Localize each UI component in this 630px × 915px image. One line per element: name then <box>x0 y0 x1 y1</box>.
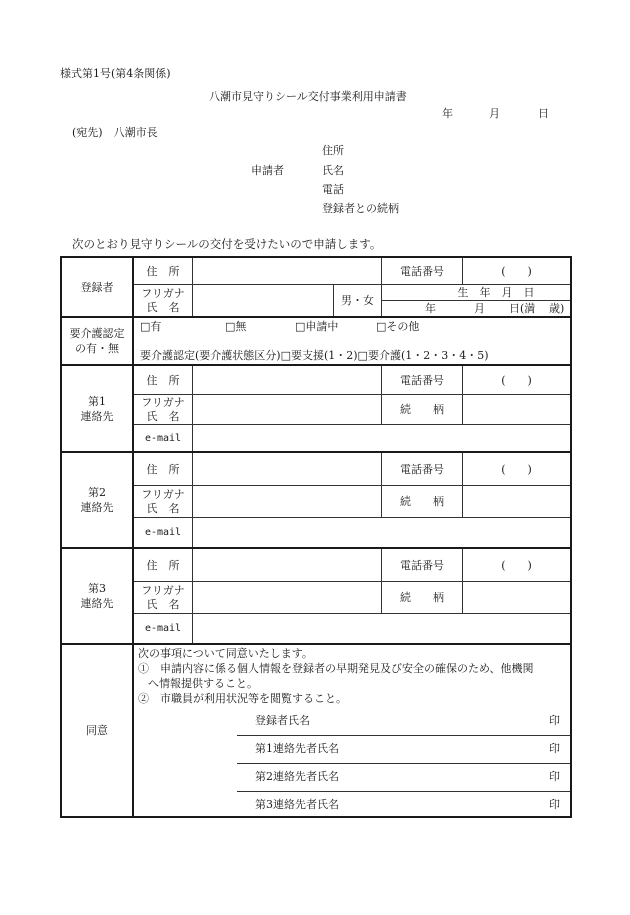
birth-date-label: 生 年 月 日 <box>382 285 570 300</box>
furigana-label: フリガナ <box>141 396 184 410</box>
registrant-name-labels: フリガナ 氏 名 <box>134 285 192 316</box>
contact1-relation-field[interactable] <box>463 395 570 424</box>
care-option-other[interactable]: □その他 <box>376 319 419 334</box>
date-month: 月 <box>489 107 500 121</box>
contact1-name-labels: フリガナ 氏 名 <box>134 395 192 424</box>
divider <box>62 316 570 318</box>
date-year: 年 <box>442 107 453 121</box>
contact3-label-line2: 連絡先 <box>81 596 114 611</box>
signature-line[interactable] <box>237 791 570 792</box>
contact2-address-label: 住 所 <box>134 453 192 485</box>
contact1-email-label: e-mail <box>134 425 192 451</box>
contact1-relation-label: 続 柄 <box>382 395 462 424</box>
registrant-address-label: 住 所 <box>134 258 192 284</box>
contact2-relation-label: 続 柄 <box>382 486 462 517</box>
contact1-label-line1: 第1 <box>88 394 106 409</box>
registrant-name-field[interactable] <box>193 285 333 316</box>
applicant-relation-label: 登録者との続柄 <box>322 202 399 216</box>
contact2-name-labels: フリガナ 氏 名 <box>134 486 192 517</box>
contact3-relation-field[interactable] <box>463 582 570 613</box>
seal-mark: 印 <box>549 769 560 784</box>
contact3-email-label: e-mail <box>134 614 192 643</box>
contact1-address-field[interactable] <box>193 366 381 394</box>
name-label: 氏 名 <box>147 502 180 516</box>
contact3-section-label: 第3 連絡先 <box>62 549 132 643</box>
contact1-email-field[interactable] <box>193 425 570 451</box>
care-level-detail[interactable]: 要介護認定(要介護状態区分)□要支援(1・2)□要介護(1・2・3・4・5) <box>140 348 489 363</box>
seal-mark: 印 <box>549 713 560 728</box>
consent-item-1-cont: へ情報提供すること。 <box>148 676 258 691</box>
contact3-label-line1: 第3 <box>88 581 106 596</box>
contact2-address-field[interactable] <box>193 453 381 485</box>
document-title: 八潮市見守りシール交付事業利用申請書 <box>209 90 407 104</box>
consent-intro: 次の事項について同意いたします。 <box>138 646 313 661</box>
birth-month[interactable]: 月 <box>474 301 485 316</box>
intro-text: 次のとおり見守りシールの交付を受けたいので申請します。 <box>72 237 381 251</box>
contact3-phone-label: 電話番号 <box>382 549 462 581</box>
addressee: (宛先) 八潮市長 <box>72 126 158 140</box>
applicant-name-label: 氏名 <box>322 164 344 178</box>
care-label-line1: 要介護認定 <box>70 326 125 341</box>
care-label-line2: の有・無 <box>75 341 119 356</box>
age-suffix: 歳) <box>549 301 564 316</box>
registrant-phone-label: 電話番号 <box>382 258 462 284</box>
contact3-name-labels: フリガナ 氏 名 <box>134 582 192 613</box>
consent-section-label: 同意 <box>62 645 132 816</box>
application-table: 登録者 住 所 電話番号 ( ) フリガナ 氏 名 男・女 生 年 月 日 年 … <box>60 256 572 818</box>
contact2-label-line1: 第2 <box>88 485 106 500</box>
signature-line[interactable] <box>237 763 570 764</box>
signature-registrant-label: 登録者氏名 <box>255 713 310 728</box>
contact1-section-label: 第1 連絡先 <box>62 366 132 451</box>
seal-mark: 印 <box>549 797 560 812</box>
birth-day-age[interactable]: 日(満 <box>509 301 535 316</box>
date-day: 日 <box>538 107 549 121</box>
form-number: 様式第1号(第4条関係) <box>60 67 171 81</box>
name-label: 氏 名 <box>147 301 180 315</box>
contact3-name-field[interactable] <box>193 582 381 613</box>
birth-year[interactable]: 年 <box>425 301 436 316</box>
contact1-address-label: 住 所 <box>134 366 192 394</box>
contact2-phone-field[interactable]: ( ) <box>463 453 570 485</box>
contact1-name-field[interactable] <box>193 395 381 424</box>
contact2-phone-label: 電話番号 <box>382 453 462 485</box>
furigana-label: フリガナ <box>141 488 184 502</box>
applicant-address-label: 住所 <box>322 144 344 158</box>
signature-contact3-label: 第3連絡先者氏名 <box>255 797 339 812</box>
care-option-yes[interactable]: □有 <box>140 319 161 334</box>
name-label: 氏 名 <box>147 410 180 424</box>
contact3-phone-field[interactable]: ( ) <box>463 549 570 581</box>
care-option-no[interactable]: □無 <box>225 319 246 334</box>
contact2-section-label: 第2 連絡先 <box>62 453 132 547</box>
contact3-address-field[interactable] <box>193 549 381 581</box>
care-option-pending[interactable]: □申請中 <box>295 319 338 334</box>
contact1-phone-label: 電話番号 <box>382 366 462 394</box>
registrant-phone-field[interactable]: ( ) <box>463 258 570 284</box>
care-section-label: 要介護認定 の有・無 <box>62 318 132 364</box>
contact3-address-label: 住 所 <box>134 549 192 581</box>
consent-item-1: ① 申請内容に係る個人情報を登録者の早期発見及び安全の確保のため、他機関 <box>138 661 534 676</box>
divider <box>62 643 570 645</box>
contact1-label-line2: 連絡先 <box>81 409 114 424</box>
contact2-email-field[interactable] <box>193 518 570 547</box>
contact1-phone-field[interactable]: ( ) <box>463 366 570 394</box>
signature-contact1-label: 第1連絡先者氏名 <box>255 741 339 756</box>
contact2-relation-field[interactable] <box>463 486 570 517</box>
contact2-label-line2: 連絡先 <box>81 500 114 515</box>
seal-mark: 印 <box>549 741 560 756</box>
contact3-email-field[interactable] <box>193 614 570 643</box>
applicant-phone-label: 電話 <box>322 183 344 197</box>
furigana-label: フリガナ <box>141 287 184 301</box>
consent-item-2: ② 市職員が利用状況等を閲覧すること。 <box>138 691 347 706</box>
contact2-email-label: e-mail <box>134 518 192 547</box>
contact3-relation-label: 続 柄 <box>382 582 462 613</box>
registrant-section-label: 登録者 <box>62 258 132 316</box>
gender-select[interactable]: 男・女 <box>334 285 381 316</box>
name-label: 氏 名 <box>147 598 180 612</box>
applicant-label: 申請者 <box>251 164 284 178</box>
furigana-label: フリガナ <box>141 584 184 598</box>
contact2-name-field[interactable] <box>193 486 381 517</box>
signature-contact2-label: 第2連絡先者氏名 <box>255 769 339 784</box>
signature-line[interactable] <box>237 735 570 736</box>
registrant-address-field[interactable] <box>193 258 381 284</box>
